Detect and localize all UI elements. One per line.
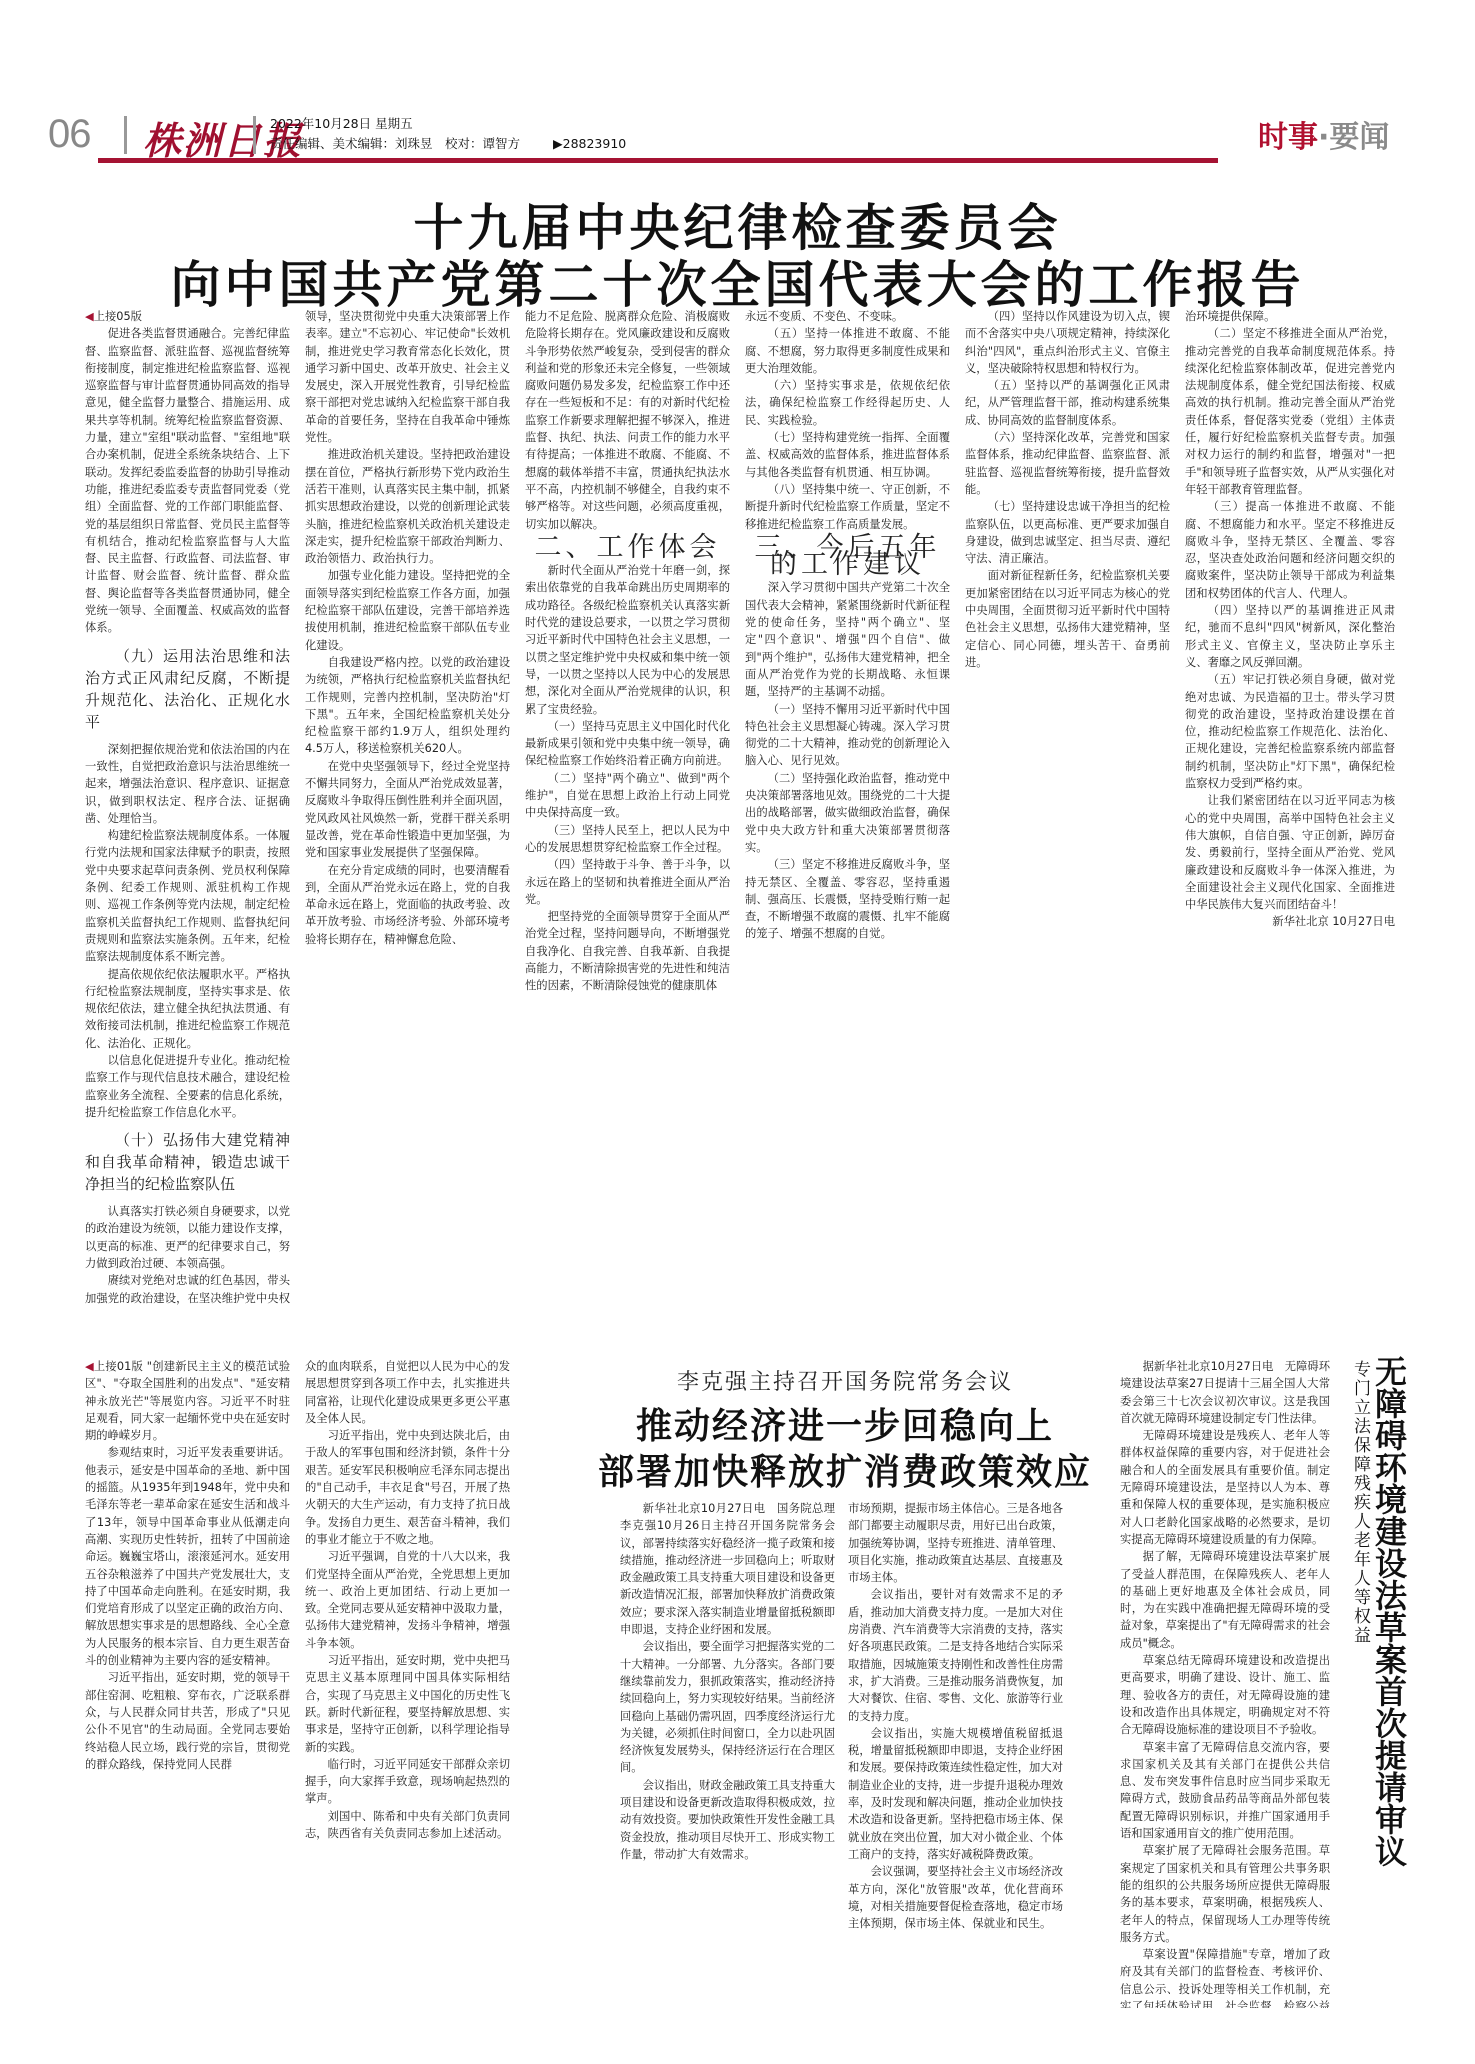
section-secondary: 要闻 [1329,120,1389,155]
main-headline-line2: 向中国共产党第二十次全国代表大会的工作报告 [0,245,1475,317]
continue-marker-icon: ◀ [85,310,94,323]
article-column-2: 领导，坚决贯彻党中央重大决策部署上作表率。建立"不忘初心、牢记使命"长效机制，推… [305,308,510,1308]
article-headline-line1: 推动经济进一步回稳向上 [575,1398,1115,1449]
continued-from: 上接05版 [94,310,142,323]
section-label: 时事·要闻 [1258,112,1389,156]
article-headline-vertical: 无障碍环境建设法草案首次提请审议 [1376,1355,1410,1867]
main-article-body: ◀上接05版 促进各类监督贯通融合。完善纪律监督、监察监督、派驻监督、巡视监督统… [85,308,1397,1308]
section-heading: 二、工作体会 [525,539,730,556]
state-council-column-2: 市场预期，提振市场主体信心。三是各地各部门都要主动履职尽责，用好已出台政策，加强… [848,1500,1063,2010]
section-primary: 时事 [1258,120,1318,155]
issue-date: 2022年10月28日 星期五 [270,114,520,134]
article-headline-line2: 部署加快释放扩消费政策效应 [575,1444,1115,1495]
header-rule [98,158,1218,163]
subheading: （九）运用法治思维和法治方式正风肃纪反腐，不断提升规范化、法治化、正规化水平 [85,645,290,733]
article-column-1: ◀上接05版 促进各类监督贯通融合。完善纪律监督、监察监督、派驻监督、巡视监督统… [85,308,290,1308]
continued-from: 上接01版 [94,1360,143,1373]
article-column-4: 永远不变质、不变色、不变味。 （五）坚持一体推进不敢腐、不能腐、不想腐，努力取得… [745,308,950,1308]
article-subhead-vertical: 专门立法保障残疾人老年人等权益 [1350,1360,1370,1645]
article-kicker: 李克强主持召开国务院常务会议 [575,1365,1115,1396]
subheading: （十）弘扬伟大建党精神和自我革命精神，锻造忠诚干净担当的纪检监察队伍 [85,1129,290,1195]
section-heading: 三、今后五年的工作建议 [745,539,950,574]
accessibility-column: 据新华社北京10月27日电 无障碍环境建设法草案27日提请十三届全国人大常委会第… [1120,1358,1330,2008]
page-number: 06 [48,112,91,157]
article-column-3: 能力不足危险、脱离群众危险、消极腐败危险将长期存在。党风廉政建设和反腐败斗争形势… [525,308,730,1308]
yanan-column-1: ◀上接01版 "创建新民主主义的模范试验区"、"夺取全国胜利的出发点"、"延安精… [85,1358,290,2008]
continue-marker-icon: ◀ [85,1360,94,1373]
divider [253,116,256,154]
dateline: 新华社北京 10月27日电 [1185,913,1395,930]
state-council-column-1: 新华社北京10月27日电 国务院总理李克强10月26日主持召开国务院常务会议，部… [620,1500,835,2010]
issue-meta: 2022年10月28日 星期五 责任编辑、美术编辑：刘珠昱 校对：谭智方 [270,114,520,154]
page-header: 06 株洲日报 2022年10月28日 星期五 责任编辑、美术编辑：刘珠昱 校对… [48,108,1428,160]
yanan-column-2: 众的血肉联系，自觉把以人民为中心的发展思想贯穿到各项工作中去，扎实推进共同富裕，… [305,1358,510,2008]
editor-credits: 责任编辑、美术编辑：刘珠昱 校对：谭智方 [270,134,520,154]
article-column-5: （四）坚持以作风建设为切入点，锲而不舍落实中央八项规定精神，持续深化纠治"四风"… [965,308,1170,1308]
hotline-number: ▶28823910 [553,134,626,154]
divider [124,116,127,154]
article-column-6: 治环境提供保障。 （二）坚定不移推进全面从严治党，推动完善党的自我革命制度规范体… [1185,308,1395,1308]
